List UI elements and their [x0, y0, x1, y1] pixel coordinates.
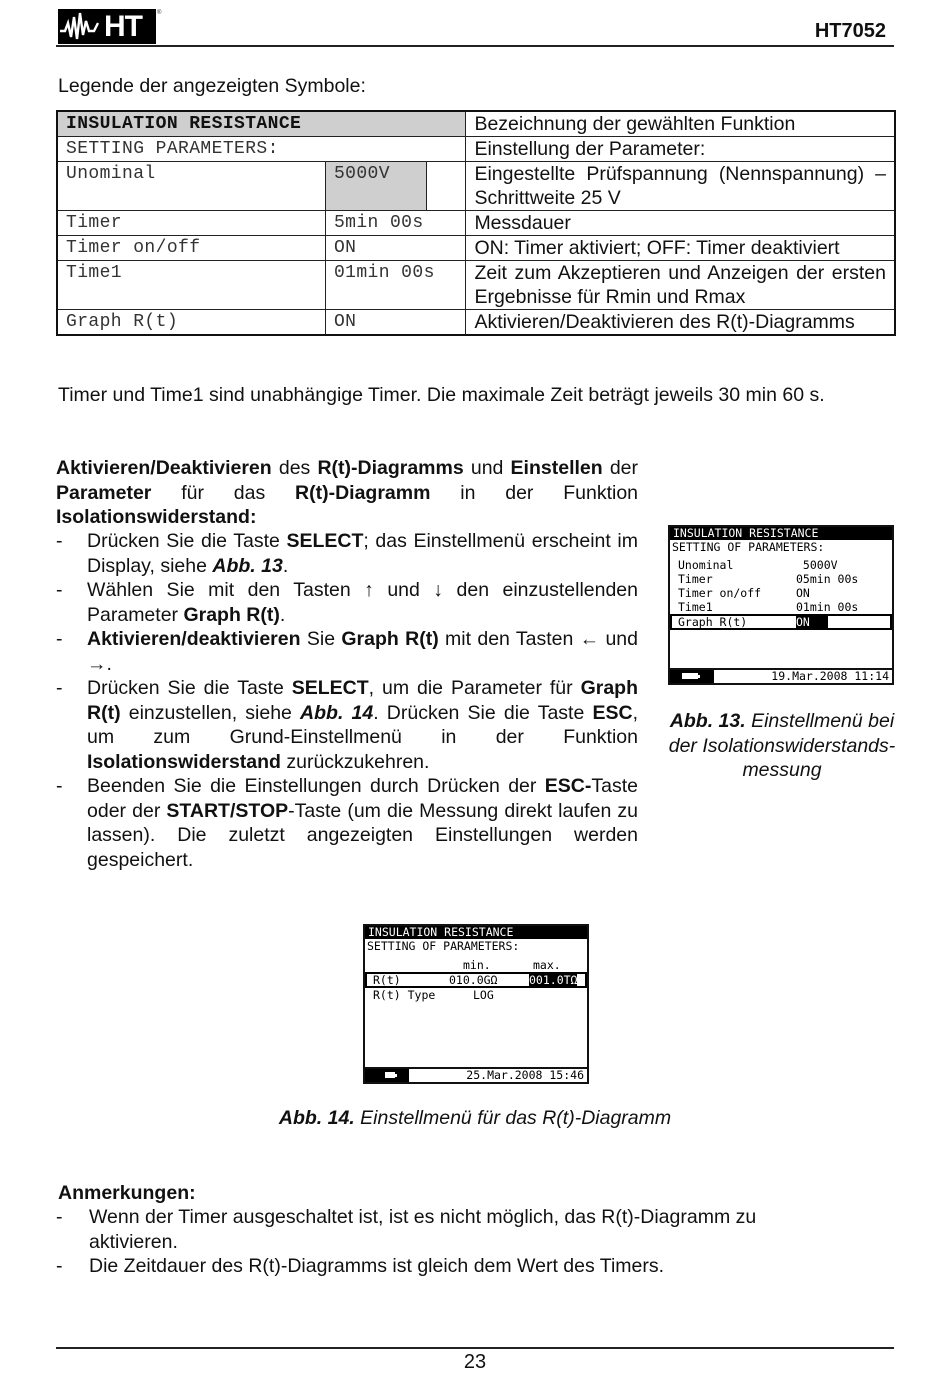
table-row: Timer on/off ON ON: Timer aktiviert; OFF… [57, 236, 895, 261]
figure-caption-13: Abb. 13. Einstellmenü bei der Isolations… [660, 709, 904, 783]
table-row: Unominal 5000V Eingestellte Prüfspannung… [57, 162, 895, 211]
list-item: - Aktivieren/deaktivieren Sie Graph R(t)… [56, 627, 638, 676]
registered-mark: ® [157, 10, 161, 16]
table-row: INSULATION RESISTANCE Bezeichnung der ge… [57, 111, 895, 137]
param-cell: SETTING PARAMETERS: [57, 137, 466, 162]
screen-datetime: 19.Mar.2008 11:14 [714, 670, 892, 683]
screen-row: Time101min 00s [670, 600, 892, 614]
list-item: - Wählen Sie mit den Tasten ↑ und ↓ den … [56, 578, 638, 627]
list-item-text: Aktivieren/deaktivieren Sie Graph R(t) m… [87, 627, 638, 676]
dash: - [56, 676, 87, 774]
bold-text: R(t)-Diagramm [295, 482, 430, 504]
table-row: Timer 5min 00s Messdauer [57, 211, 895, 236]
screen-row: Timer05min 00s [670, 572, 892, 586]
screen-status-bar: 19.Mar.2008 11:14 [670, 668, 892, 683]
param-cell: Timer [57, 211, 325, 236]
param-cell: Time1 [57, 261, 325, 310]
dash: - [56, 529, 87, 578]
table-row: Time1 01min 00s Zeit zum Akzeptieren und… [57, 261, 895, 310]
value-cell: 5000V [325, 162, 426, 211]
desc-cell: Aktivieren/Deaktivieren des R(t)-Diagram… [466, 310, 895, 336]
note-text: Wenn der Timer ausgeschaltet ist, ist es… [89, 1205, 836, 1254]
bold-text: R(t)-Diagramms [317, 457, 463, 479]
param-cell: Unominal [57, 162, 325, 211]
bold-text: Isolationswiderstand: [56, 506, 256, 528]
spacer-cell [427, 162, 466, 211]
screen-row: Unominal 5000V [670, 558, 892, 572]
desc-cell: ON: Timer aktiviert; OFF: Timer deaktivi… [466, 236, 895, 261]
param-cell: Timer on/off [57, 236, 325, 261]
column-headers: min.max. [365, 958, 587, 972]
section-heading: Aktivieren/Deaktivieren des R(t)-Diagram… [56, 456, 638, 530]
note-text: Die Zeitdauer des R(t)-Diagramms ist gle… [89, 1254, 836, 1279]
header-rule [56, 45, 894, 47]
dash: - [56, 627, 87, 676]
list-item-text: Wählen Sie mit den Tasten ↑ und ↓ den ei… [87, 578, 638, 627]
screen-title: INSULATION RESISTANCE [365, 926, 587, 939]
lcd-screen-rt-settings: INSULATION RESISTANCE SETTING OF PARAMET… [363, 924, 589, 1084]
text: für das [151, 482, 295, 504]
notes-title: Anmerkungen: [58, 1181, 196, 1206]
param-cell: INSULATION RESISTANCE [57, 111, 466, 137]
legend-title: Legende der angezeigten Symbole: [58, 74, 366, 99]
screen-subtitle: SETTING OF PARAMETERS: [365, 939, 587, 954]
list-item: - Die Zeitdauer des R(t)-Diagramms ist g… [56, 1254, 836, 1279]
table-row: Graph R(t) ON Aktivieren/Deaktivieren de… [57, 310, 895, 336]
desc-cell: Bezeichnung der gewählten Funktion [466, 111, 895, 137]
list-item-text: Beenden Sie die Einstellungen durch Drüc… [87, 774, 638, 872]
bold-text: Aktivieren/Deaktivieren [56, 457, 272, 479]
list-item-text: Drücken Sie die Taste SELECT; das Einste… [87, 529, 638, 578]
battery-icon [670, 670, 714, 683]
desc-cell: Zeit zum Akzeptieren und Anzeigen der er… [466, 261, 895, 310]
dash: - [56, 578, 87, 627]
list-item: - Beenden Sie die Einstellungen durch Dr… [56, 774, 638, 872]
lcd-screen-settings: INSULATION RESISTANCE SETTING OF PARAMET… [668, 525, 894, 685]
text: in der Funktion [430, 482, 638, 504]
value-cell: ON [325, 310, 465, 336]
dash: - [56, 774, 87, 872]
list-item: - Drücken Sie die Taste SELECT, um die P… [56, 676, 638, 774]
footer-rule [56, 1347, 894, 1349]
screen-row: Timer on/offON [670, 586, 892, 600]
value-cell: 5min 00s [325, 211, 465, 236]
symbol-legend-table: INSULATION RESISTANCE Bezeichnung der ge… [56, 110, 896, 336]
battery-icon [365, 1069, 409, 1082]
screen-row: R(t) TypeLOG [365, 988, 587, 1002]
text: des [272, 457, 318, 479]
timer-note-paragraph: Timer und Time1 sind unabhängige Timer. … [58, 383, 892, 408]
notes-list: - Wenn der Timer ausgeschaltet ist, ist … [56, 1205, 836, 1279]
desc-cell: Einstellung der Parameter: [466, 137, 895, 162]
logo-text: HT [104, 9, 142, 44]
screen-datetime: 25.Mar.2008 15:46 [409, 1069, 587, 1082]
table-row: SETTING PARAMETERS: Einstellung der Para… [57, 137, 895, 162]
desc-cell: Eingestellte Prüfspannung (Nennspannung)… [466, 162, 895, 211]
param-cell: Graph R(t) [57, 310, 325, 336]
screen-row-selected: Graph R(t)ON [670, 614, 892, 630]
screen-status-bar: 25.Mar.2008 15:46 [365, 1067, 587, 1082]
figure-caption-14: Abb. 14. Einstellmenü für das R(t)-Diagr… [0, 1107, 950, 1130]
bold-text: Einstellen [511, 457, 603, 479]
text: und [464, 457, 511, 479]
document-code: HT7052 [815, 20, 886, 43]
value-cell: ON [325, 236, 465, 261]
instruction-list: - Drücken Sie die Taste SELECT; das Eins… [56, 529, 638, 872]
screen-title: INSULATION RESISTANCE [670, 527, 892, 540]
list-item-text: Drücken Sie die Taste SELECT, um die Par… [87, 676, 638, 774]
value-cell: 01min 00s [325, 261, 465, 310]
text: der [603, 457, 638, 479]
ht-logo: HT [58, 9, 156, 44]
list-item: - Drücken Sie die Taste SELECT; das Eins… [56, 529, 638, 578]
screen-subtitle: SETTING OF PARAMETERS: [670, 540, 892, 555]
waveform-icon [58, 9, 102, 44]
desc-cell: Messdauer [466, 211, 895, 236]
bold-text: Parameter [56, 482, 151, 504]
screen-row-selected: R(t)010.0GΩ001.0TΩ [365, 972, 587, 988]
page-number: 23 [0, 1351, 950, 1374]
list-item: - Wenn der Timer ausgeschaltet ist, ist … [56, 1205, 836, 1254]
